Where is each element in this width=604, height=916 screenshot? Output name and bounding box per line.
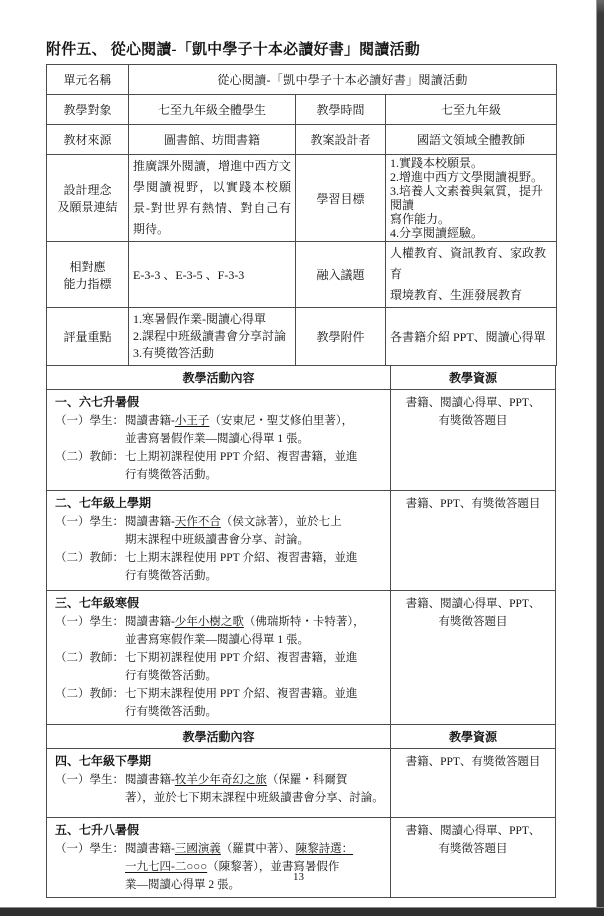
item-text-segment: 七下期初課程使用 PPT 介紹、複習書籍，並進 行有獎徵答活動。 [125, 652, 357, 682]
item-prefix: （二）教師： [55, 549, 125, 585]
activity-item: （一）學生：閱讀書籍-三國演義（羅貫中著）、陳黎詩選： 一九七四-二○○○（陳黎… [55, 840, 386, 894]
resources-cell: 書籍、閱讀心得單、PPT、 有獎徵答題目 [391, 390, 555, 490]
resources-header: 教學資源 [391, 366, 555, 389]
time-value: 七至九年級 [386, 95, 557, 125]
designer-value: 國語文領域全體教師 [386, 125, 557, 155]
item-text-segment: 七上期末課程使用 PPT 介紹、複習書籍，並進 行有獎徵答活動。 [125, 552, 357, 582]
book-title-underline: 天作不合 [175, 516, 221, 528]
activity-item: （一）學生：閱讀書籍-少年小樹之歌（佛瑞斯特・卡特著）， 並書寫寒假作業—閱讀心… [55, 613, 386, 649]
activity-item: （一）學生：閱讀書籍-牧羊少年奇幻之旅（保羅・科爾賀 著），並於七下期末課程中班… [55, 771, 386, 807]
item-text-segment: 七下期末課程使用 PPT 介紹、複習書籍。並進 行有獎徵答活動。 [125, 688, 357, 718]
designer-label: 教案設計者 [296, 125, 386, 155]
attachments-value: 各書籍介紹 PPT、閱讀心得單 [386, 308, 557, 366]
activity-content-cell: 一、六七升暑假（一）學生：閱讀書籍-小王子（安東尼・聖艾修伯里著）， 並書寫暑假… [47, 390, 391, 490]
activity-content-header: 教學活動內容 [47, 366, 391, 389]
material-value: 圖書館、坊間書籍 [129, 125, 296, 155]
book-title-underline: 少年小樹之歌 [175, 616, 244, 628]
activity-table: 教學活動內容教學資源一、六七升暑假（一）學生：閱讀書籍-小王子（安東尼・聖艾修伯… [46, 365, 556, 898]
section-title: 一、六七升暑假 [55, 393, 386, 412]
activity-header-row: 教學活動內容教學資源 [47, 366, 555, 389]
topics-label: 融入議題 [296, 242, 386, 308]
item-text-segment: 閱讀書籍- [125, 843, 175, 855]
page-bottom-edge-band [0, 907, 604, 916]
resources-header: 教學資源 [391, 725, 555, 748]
item-text: 七上期初課程使用 PPT 介紹、複習書籍，並進 行有獎徵答活動。 [125, 448, 386, 484]
item-text-segment: （羅貫中著）、 [221, 843, 296, 855]
lesson-info-table: 單元名稱 從心閱讀-「凱中學子十本必讀好書」閱讀活動 教學對象 七至九年級全體學… [46, 64, 557, 366]
page-right-edge-band [596, 0, 604, 916]
item-prefix: （二）教師： [55, 448, 125, 484]
topics-value: 人權教育、資訊教育、家政教育 環境教育、生涯發展教育 [386, 242, 557, 308]
activity-content-cell: 三、七年級寒假（一）學生：閱讀書籍-少年小樹之歌（佛瑞斯特・卡特著）， 並書寫寒… [47, 591, 391, 724]
item-text: 閱讀書籍-三國演義（羅貫中著）、陳黎詩選： 一九七四-二○○○（陳黎著），並書寫… [125, 840, 386, 894]
book-title-underline: 三國演義 [175, 843, 221, 855]
resources-cell: 書籍、PPT、有獎徵答題目 [391, 491, 555, 590]
activity-item: （二）教師：七上期末課程使用 PPT 介紹、複習書籍，並進 行有獎徵答活動。 [55, 549, 386, 585]
activity-item: （二）教師：七上期初課程使用 PPT 介紹、複習書籍，並進 行有獎徵答活動。 [55, 448, 386, 484]
item-prefix: （一）學生： [55, 412, 125, 448]
item-text: 閱讀書籍-小王子（安東尼・聖艾修伯里著）， 並書寫暑假作業—閱讀心得單 1 張。 [125, 412, 386, 448]
book-title-underline: 小王子 [175, 415, 210, 427]
item-text-segment: 閱讀書籍- [125, 616, 175, 628]
section-title: 四、七年級下學期 [55, 752, 386, 771]
item-text: 七上期末課程使用 PPT 介紹、複習書籍，並進 行有獎徵答活動。 [125, 549, 386, 585]
resources-cell: 書籍、PPT、有獎徵答題目 [391, 749, 555, 817]
unit-name-value: 從心閱讀-「凱中學子十本必讀好書」閱讀活動 [129, 65, 557, 95]
activity-content-cell: 五、七升八暑假（一）學生：閱讀書籍-三國演義（羅貫中著）、陳黎詩選： 一九七四-… [47, 818, 391, 897]
unit-name-label: 單元名稱 [47, 65, 129, 95]
goals-value: 1.實踐本校願景。 2.增進中西方文學閱讀視野。 3.培養人文素養與氣質，提升閱… [386, 155, 557, 242]
activity-section-row: 四、七年級下學期（一）學生：閱讀書籍-牧羊少年奇幻之旅（保羅・科爾賀 著），並於… [47, 748, 555, 817]
activity-section-row: 五、七升八暑假（一）學生：閱讀書籍-三國演義（羅貫中著）、陳黎詩選： 一九七四-… [47, 817, 555, 897]
indicators-label: 相對應 能力指標 [47, 242, 129, 308]
item-prefix: （二）教師： [55, 685, 125, 721]
activity-content-cell: 四、七年級下學期（一）學生：閱讀書籍-牧羊少年奇幻之旅（保羅・科爾賀 著），並於… [47, 749, 391, 817]
goals-label: 學習目標 [296, 155, 386, 242]
lesson-plan-table: 單元名稱 從心閱讀-「凱中學子十本必讀好書」閱讀活動 教學對象 七至九年級全體學… [46, 64, 556, 898]
concept-value: 推廣課外閱讀，增進中西方文學閱讀視野，以實踐本校願景-對世界有熱情、對自己有期待… [129, 155, 296, 242]
section-title: 五、七升八暑假 [55, 821, 386, 840]
activity-item: （一）學生：閱讀書籍-天作不合（侯文詠著），並於七上 期末課程中班級讀書會分享、… [55, 513, 386, 549]
indicators-value: E-3-3 、E-3-5 、F-3-3 [129, 242, 296, 308]
item-prefix: （一）學生： [55, 771, 125, 807]
activity-item: （二）教師：七下期初課程使用 PPT 介紹、複習書籍，並進 行有獎徵答活動。 [55, 649, 386, 685]
page-number: 13 [0, 871, 597, 883]
activity-item: （二）教師：七下期末課程使用 PPT 介紹、複習書籍。並進 行有獎徵答活動。 [55, 685, 386, 721]
activity-section-row: 二、七年級上學期（一）學生：閱讀書籍-天作不合（侯文詠著），並於七上 期末課程中… [47, 490, 555, 590]
document-page: 附件五、 從心閱讀-「凱中學子十本必讀好書」閱讀活動 單元名稱 從心閱讀-「凱中… [0, 0, 604, 916]
audience-value: 七至九年級全體學生 [129, 95, 296, 125]
document-title: 附件五、 從心閱讀-「凱中學子十本必讀好書」閱讀活動 [46, 38, 420, 59]
item-prefix: （二）教師： [55, 649, 125, 685]
time-label: 教學時間 [296, 95, 386, 125]
activity-section-row: 一、六七升暑假（一）學生：閱讀書籍-小王子（安東尼・聖艾修伯里著）， 並書寫暑假… [47, 389, 555, 490]
resources-cell: 書籍、閱讀心得單、PPT、 有獎徵答題目 [391, 591, 555, 724]
attachments-label: 教學附件 [296, 308, 386, 366]
item-text: 七下期初課程使用 PPT 介紹、複習書籍，並進 行有獎徵答活動。 [125, 649, 386, 685]
item-text: 七下期末課程使用 PPT 介紹、複習書籍。並進 行有獎徵答活動。 [125, 685, 386, 721]
concept-label: 設計理念 及願景連結 [47, 155, 129, 242]
item-prefix: （一）學生： [55, 513, 125, 549]
item-text-segment: 七上期初課程使用 PPT 介紹、複習書籍，並進 行有獎徵答活動。 [125, 451, 357, 481]
item-text: 閱讀書籍-天作不合（侯文詠著），並於七上 期末課程中班級讀書會分享、討論。 [125, 513, 386, 549]
material-label: 教材來源 [47, 125, 129, 155]
activity-content-cell: 二、七年級上學期（一）學生：閱讀書籍-天作不合（侯文詠著），並於七上 期末課程中… [47, 491, 391, 590]
section-title: 二、七年級上學期 [55, 494, 386, 513]
assessment-label: 評量重點 [47, 308, 129, 366]
activity-item: （一）學生：閱讀書籍-小王子（安東尼・聖艾修伯里著）， 並書寫暑假作業—閱讀心得… [55, 412, 386, 448]
assessment-value: 1.寒暑假作業-閱讀心得單 2.課程中班級讀書會分享討論 3.有獎徵答活動 [129, 308, 296, 366]
item-text: 閱讀書籍-牧羊少年奇幻之旅（保羅・科爾賀 著），並於七下期末課程中班級讀書會分享… [125, 771, 386, 807]
item-prefix: （一）學生： [55, 840, 125, 894]
item-text-segment: 閱讀書籍- [125, 516, 175, 528]
item-text: 閱讀書籍-少年小樹之歌（佛瑞斯特・卡特著）， 並書寫寒假作業—閱讀心得單 1 張… [125, 613, 386, 649]
audience-label: 教學對象 [47, 95, 129, 125]
resources-cell: 書籍、閱讀心得單、PPT、 有獎徵答題目 [391, 818, 555, 897]
activity-section-row: 三、七年級寒假（一）學生：閱讀書籍-少年小樹之歌（佛瑞斯特・卡特著）， 並書寫寒… [47, 590, 555, 724]
item-text-segment: 閱讀書籍- [125, 415, 175, 427]
activity-header-row: 教學活動內容教學資源 [47, 724, 555, 748]
item-text-segment: 閱讀書籍- [125, 774, 175, 786]
book-title-underline: 牧羊少年奇幻之旅 [175, 774, 267, 786]
activity-content-header: 教學活動內容 [47, 725, 391, 748]
section-title: 三、七年級寒假 [55, 594, 386, 613]
item-prefix: （一）學生： [55, 613, 125, 649]
